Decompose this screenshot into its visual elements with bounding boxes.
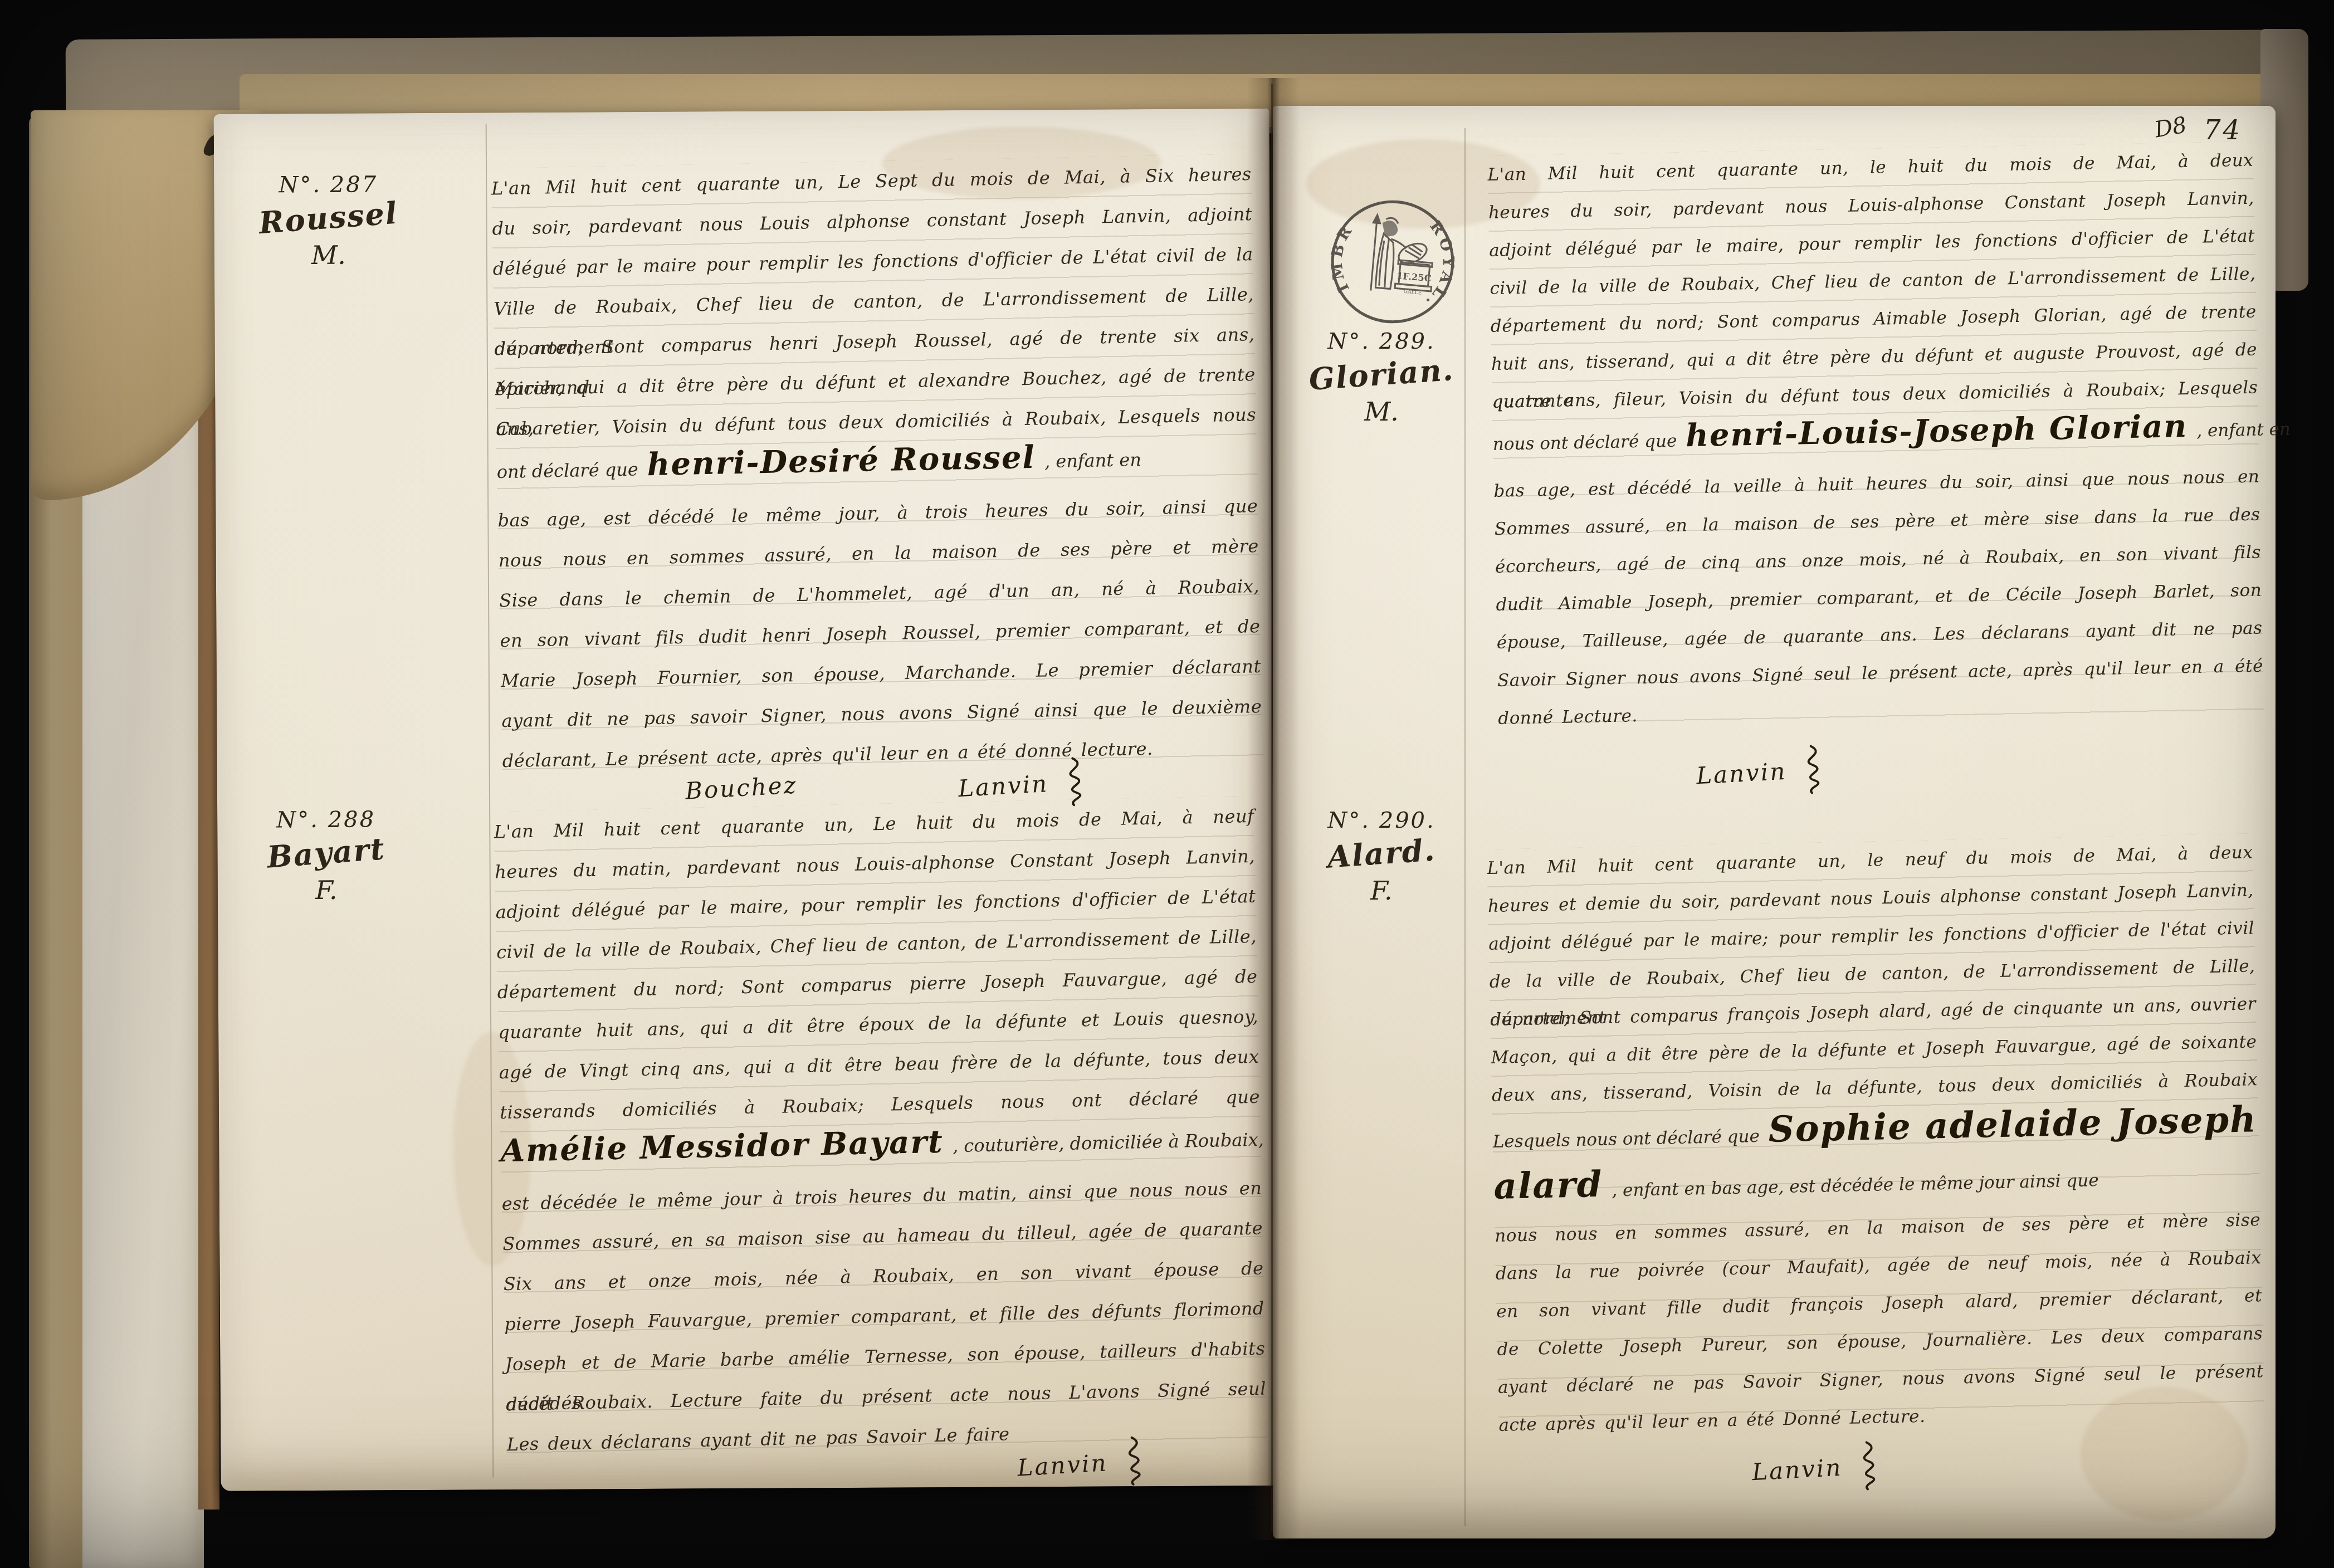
- act-lines: L'an Mil huit cent quarante un, le huit …: [1487, 141, 2258, 421]
- margin-sex-letter: M.: [237, 240, 421, 271]
- act-lines: nous nous en sommes assuré, en la maison…: [1495, 1201, 2264, 1406]
- margin-note-287: N°. 287 Roussel M.: [236, 172, 421, 271]
- act-number: N°. 289.: [1290, 329, 1473, 354]
- timbre-royal-stamp-icon: 1F.25C GALLE TIMBRE ROYAL.: [1320, 189, 1465, 334]
- signature-lanvin: Lanvin: [1751, 1439, 1887, 1497]
- register-page-left: N°. 287 Roussel M. L'an Mil huit cent qu…: [214, 109, 1277, 1491]
- register-page-right: D8 74 1F.25: [1273, 106, 2276, 1538]
- margin-surname: Glorian.: [1288, 350, 1474, 399]
- death-act-290: L'an Mil huit cent quarante un, le neuf …: [1487, 833, 2265, 1444]
- book-gutter-shadow: [1247, 78, 1300, 1540]
- death-act-287: L'an Mil huit cent quarante un, Le Sept …: [491, 154, 1263, 781]
- margin-surname: Bayart: [233, 828, 419, 878]
- margin-sex-letter: F.: [235, 875, 418, 906]
- margin-rule-line: [486, 124, 494, 1477]
- register-scan: N°. 287 Roussel M. L'an Mil huit cent qu…: [0, 0, 2334, 1568]
- death-act-288: L'an Mil huit cent quarante un, Le huit …: [494, 796, 1267, 1464]
- signature-text: Bouchez: [685, 771, 798, 805]
- stamp-engraver: GALLE: [1403, 289, 1422, 296]
- signature-lanvin: Lanvin: [1016, 1434, 1153, 1493]
- act-text: , enfant en: [2196, 419, 2291, 441]
- act-text: , enfant en bas age, est décédée le même…: [1612, 1170, 2099, 1200]
- act-lines: L'an Mil huit cent quarante un, le neuf …: [1487, 833, 2258, 1115]
- margin-surname: Roussel: [236, 193, 422, 243]
- folio-mark: D8: [2153, 112, 2189, 143]
- death-act-289: L'an Mil huit cent quarante un, le huit …: [1487, 141, 2264, 737]
- act-number: N°. 288: [234, 807, 418, 833]
- act-number: N°. 287: [236, 172, 420, 198]
- act-text: Lesquels nous ont déclaré que: [1492, 1126, 1760, 1152]
- signature-flourish: [1790, 743, 1832, 797]
- margin-note-288: N°. 288 Bayart F.: [234, 807, 418, 906]
- act-text: , couturière, domiciliée à Roubaix,: [953, 1129, 1264, 1157]
- margin-surname: Alard.: [1288, 829, 1474, 878]
- signature-bouchez: Bouchez: [685, 771, 798, 805]
- act-text: nous ont déclaré que: [1493, 431, 1677, 455]
- deceased-name: alard: [1493, 1164, 1603, 1208]
- margin-note-290: N°. 290. Alard. F.: [1290, 808, 1473, 906]
- margin-note-289: N°. 289. Glorian. M.: [1290, 329, 1473, 427]
- act-lines: est décédée le même jour à trois heures …: [501, 1168, 1267, 1424]
- book-gutter-line: [1271, 84, 1273, 1532]
- signature-text: Lanvin: [1696, 757, 1788, 789]
- act-lines: bas age, est décédé la veille à huit heu…: [1493, 458, 2264, 700]
- signature-flourish: [1845, 1439, 1887, 1493]
- act-text: ont déclaré que: [496, 458, 638, 482]
- signature-text: Lanvin: [1017, 1449, 1109, 1481]
- signature-lanvin: Lanvin: [1695, 743, 1832, 801]
- stamp-denomination: 1F.25C: [1396, 270, 1432, 284]
- margin-sex-letter: M.: [1290, 397, 1473, 427]
- act-lines: L'an Mil huit cent quarante un, Le Sept …: [491, 154, 1256, 449]
- act-lines: L'an Mil huit cent quarante un, Le huit …: [494, 796, 1261, 1132]
- signature-text: Lanvin: [1751, 1453, 1843, 1485]
- deceased-name: henri-Desiré Roussel: [647, 439, 1036, 483]
- act-lines: bas age, est décédé le même jour, à troi…: [497, 486, 1262, 741]
- act-number: N°. 290.: [1290, 808, 1473, 833]
- margin-sex-letter: F.: [1290, 876, 1473, 906]
- signature-text: Lanvin: [958, 769, 1049, 802]
- signature-flourish: [1111, 1434, 1153, 1488]
- act-text: , enfant en: [1044, 449, 1142, 472]
